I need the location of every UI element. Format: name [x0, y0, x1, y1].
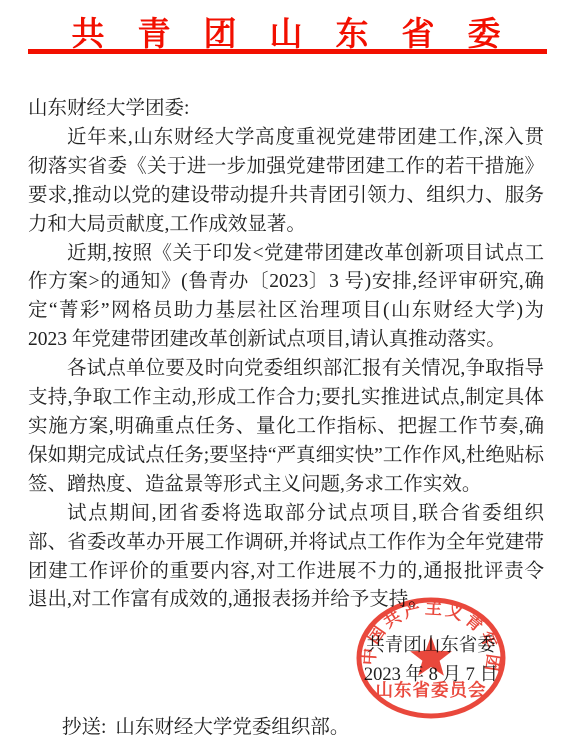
paragraph-3: 各试点单位要及时向党委组织部汇报有关情况,争取指导支持,争取工作主动,形成工作合…: [28, 355, 544, 500]
letterhead-title: 共青团山东省委: [0, 8, 572, 55]
official-seal: 中国共产主义青年团 山东省委员会: [352, 597, 510, 721]
salutation: 山东财经大学团委:: [28, 95, 544, 124]
cc-line: 抄送:山东财经大学党委组织部。: [62, 711, 349, 739]
paragraph-1: 近年来,山东财经大学高度重视党建带团建工作,深入贯彻落实省委《关于进一步加强党建…: [28, 124, 544, 240]
seal-bottom-text: 山东省委员会: [376, 680, 487, 700]
letter-body: 山东财经大学团委: 近年来,山东财经大学高度重视党建带团建工作,深入贯彻落实省委…: [28, 95, 544, 615]
star-icon: [410, 636, 452, 676]
red-divider-line: [28, 49, 547, 54]
document-page: 共青团山东省委 山东财经大学团委: 近年来,山东财经大学高度重视党建带团建工作,…: [0, 0, 572, 750]
cc-text: 山东财经大学党委组织部。: [115, 717, 349, 738]
paragraph-2: 近期,按照《关于印发<党建带团建改革创新项目试点工作方案>的通知》(鲁青办〔20…: [28, 240, 544, 356]
cc-label: 抄送:: [62, 717, 106, 738]
